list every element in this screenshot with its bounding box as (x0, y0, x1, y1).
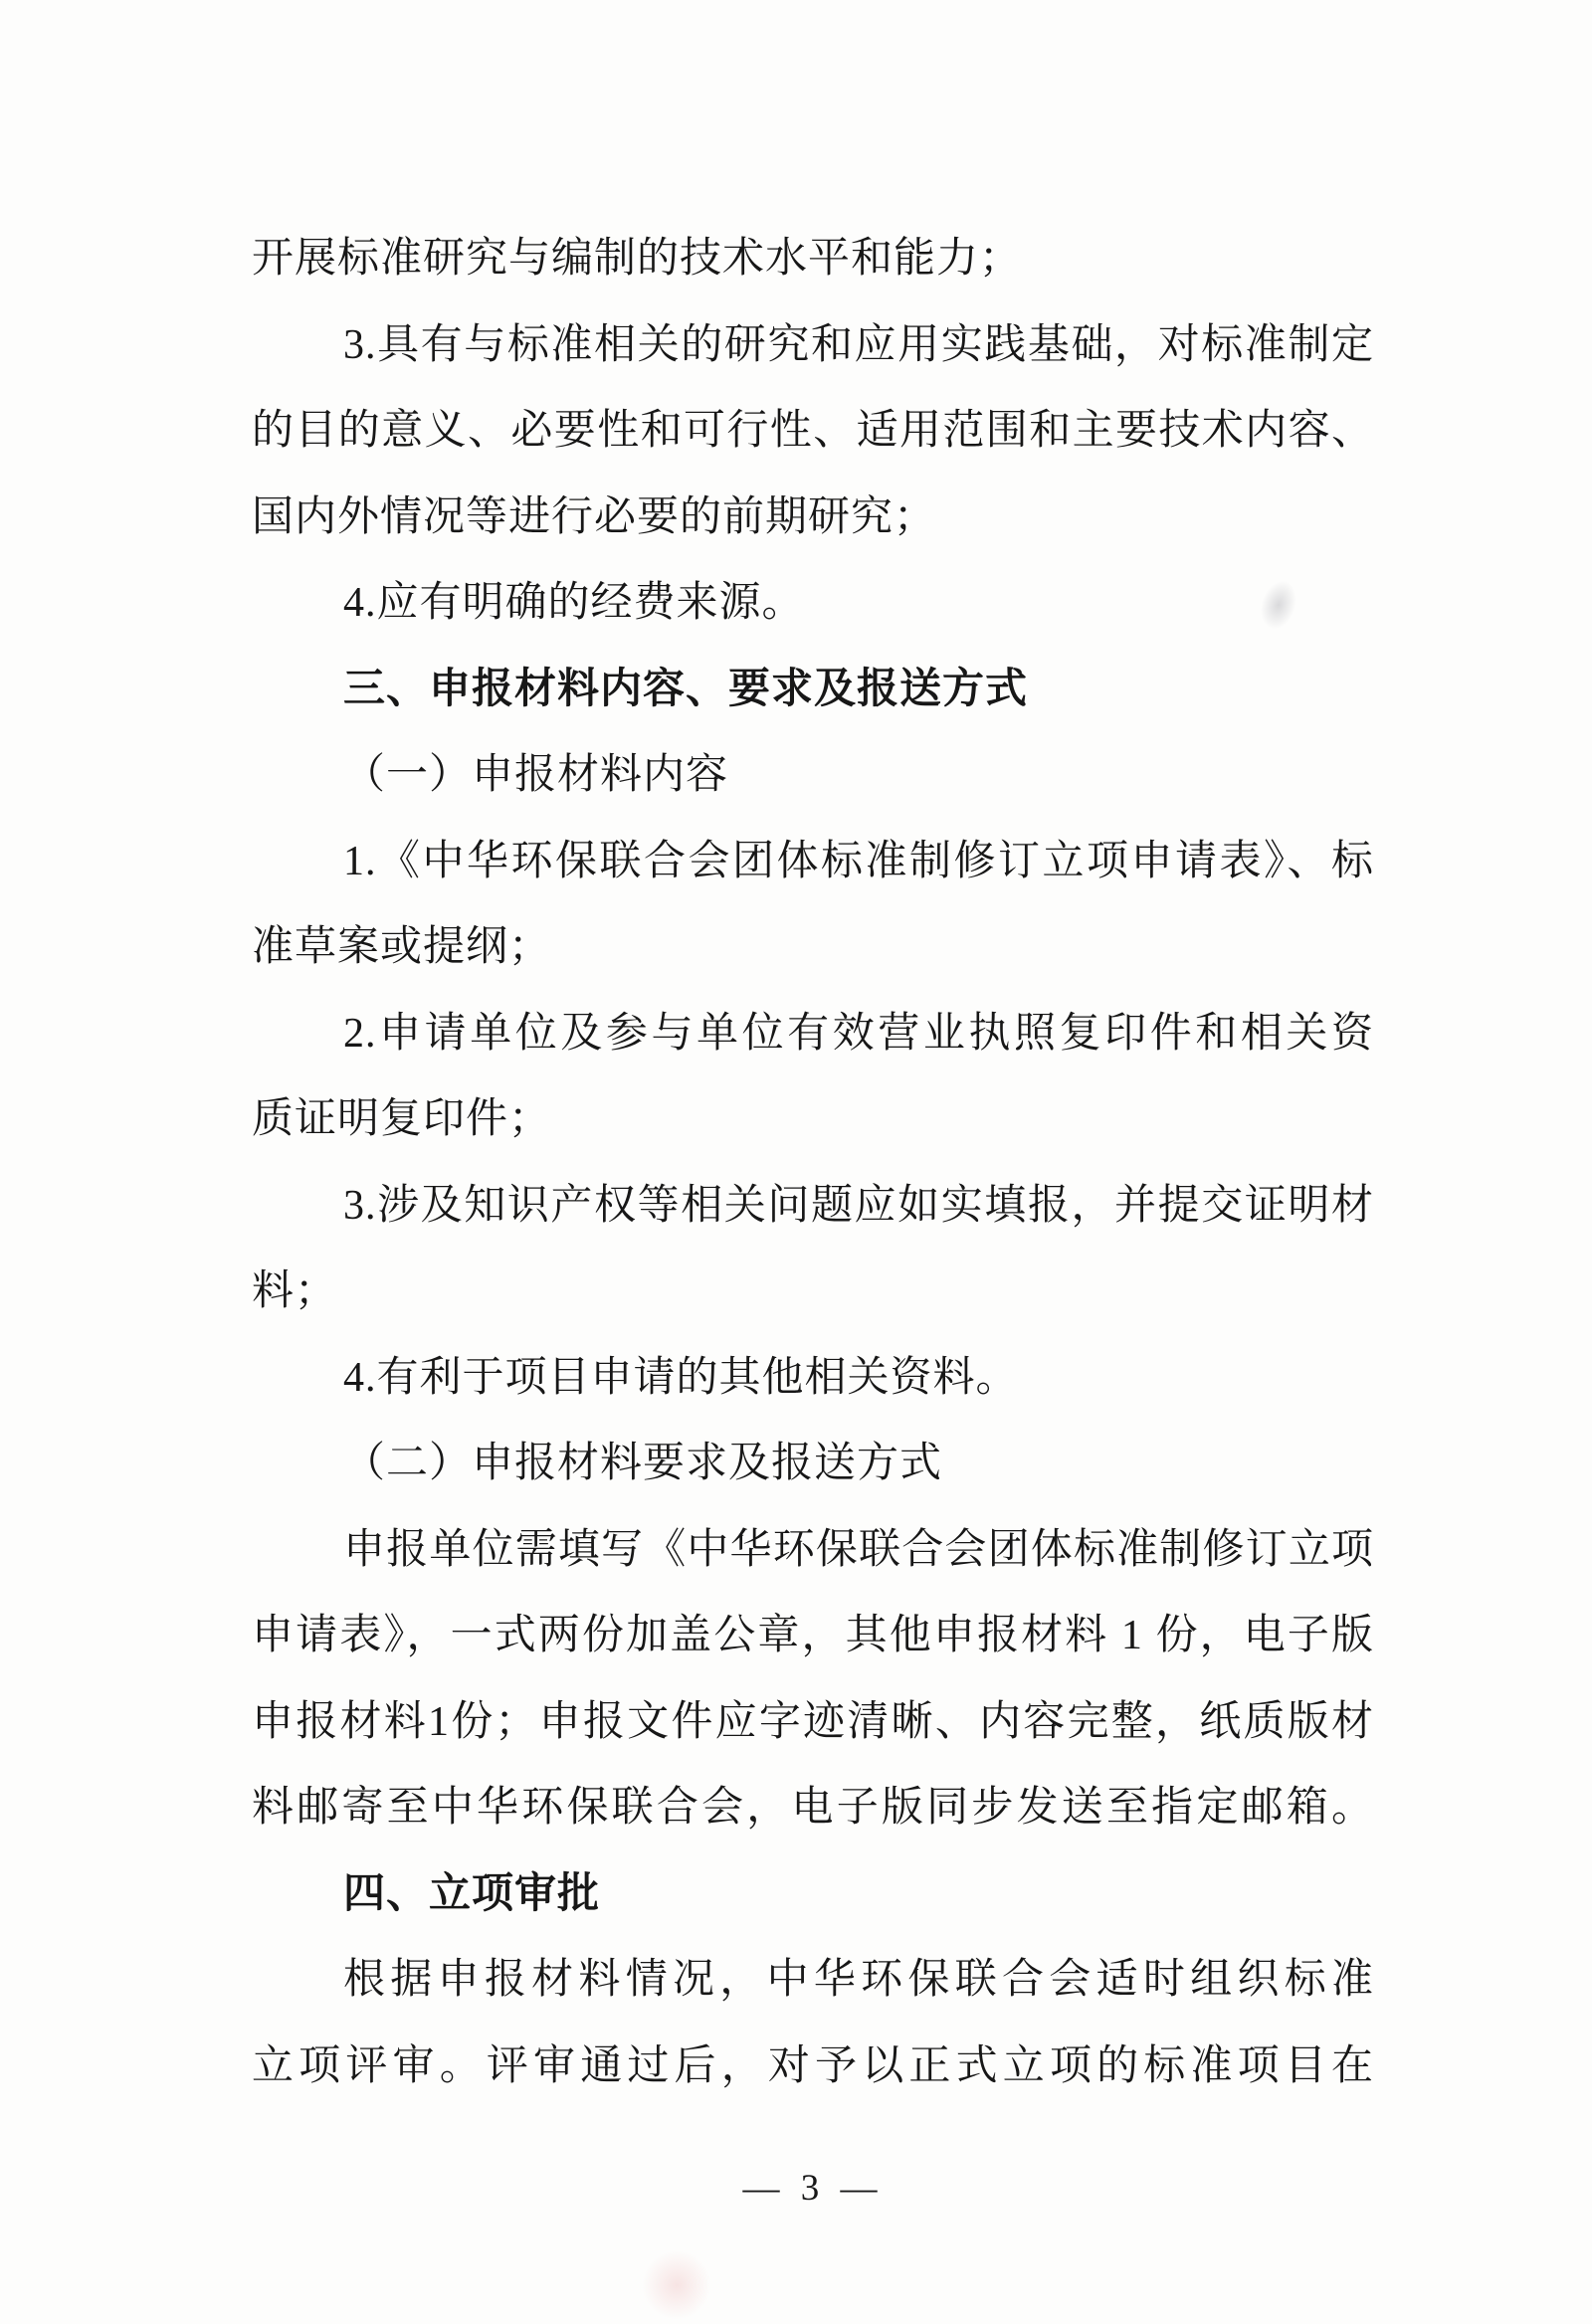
text-line-9: 准草案或提纲； (252, 904, 1374, 991)
text-line-18: 申报材料1份；申报文件应字迹清晰、内容完整，纸质版材 (252, 1679, 1374, 1766)
text-line-21: 根据申报材料情况，中华环保联合会适时组织标准 (252, 1937, 1374, 2024)
text-line-12: 3.涉及知识产权等相关问题应如实填报，并提交证明材 (252, 1163, 1374, 1250)
text-line-11: 质证明复印件； (252, 1076, 1374, 1163)
text-line-10: 2.申请单位及参与单位有效营业执照复印件和相关资 (252, 991, 1374, 1077)
text-line-1: 开展标准研究与编制的技术水平和能力； (252, 216, 1374, 302)
text-line-20: 四、立项审批 (252, 1851, 1374, 1938)
text-line-5: 4.应有明确的经费来源。 (252, 560, 1374, 647)
text-line-22: 立项评审。评审通过后，对予以正式立项的标准项目在 (252, 2024, 1374, 2110)
text-line-16: 申报单位需填写《中华环保联合会团体标准制修订立项 (252, 1507, 1374, 1594)
document-page: 开展标准研究与编制的技术水平和能力；3.具有与标准相关的研究和应用实践基础，对标… (0, 0, 1592, 2324)
text-line-17: 申请表》，一式两份加盖公章，其他申报材料 1 份，电子版 (252, 1593, 1374, 1679)
text-line-4: 国内外情况等进行必要的前期研究； (252, 475, 1374, 561)
text-line-14: 4.有利于项目申请的其他相关资料。 (252, 1335, 1374, 1422)
text-line-3: 的目的意义、必要性和可行性、适用范围和主要技术内容、 (252, 388, 1374, 475)
text-line-2: 3.具有与标准相关的研究和应用实践基础，对标准制定 (252, 302, 1374, 389)
scan-artifact-pink (642, 2250, 711, 2320)
text-line-15: （二）申报材料要求及报送方式 (252, 1421, 1374, 1507)
text-line-19: 料邮寄至中华环保联合会，电子版同步发送至指定邮箱。 (252, 1765, 1374, 1851)
page-number-text: — 3 — (743, 2168, 884, 2209)
page-number: — 3 — (252, 2149, 1374, 2228)
text-line-6: 三、申报材料内容、要求及报送方式 (252, 647, 1374, 733)
document-body: 开展标准研究与编制的技术水平和能力；3.具有与标准相关的研究和应用实践基础，对标… (252, 216, 1374, 2109)
text-line-8: 1.《中华环保联合会团体标准制修订立项申请表》、标 (252, 819, 1374, 905)
text-line-13: 料； (252, 1249, 1374, 1335)
text-line-7: （一）申报材料内容 (252, 732, 1374, 819)
